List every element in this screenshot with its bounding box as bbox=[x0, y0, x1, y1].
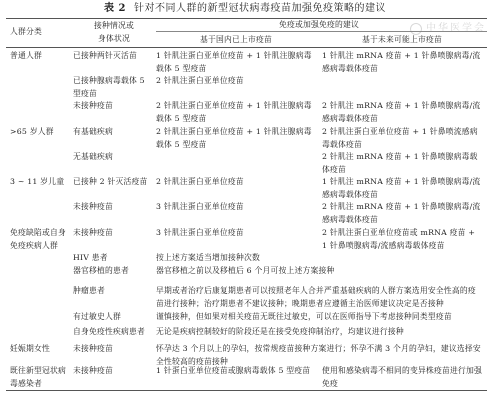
table-caption: 表 2针对不同人群的新型冠状病毒疫苗加强免疫策略的建议 bbox=[0, 3, 490, 15]
table-row-domestic: 3 针肌注蛋白亚单位疫苗 bbox=[156, 201, 314, 214]
table-row-status: 未接种疫苗 bbox=[73, 227, 155, 240]
table-row-future: 1 针肌注 mRNA 疫苗 + 1 针鼻喷腺病毒/流感病毒载体疫苗 bbox=[322, 50, 482, 75]
table-row-domestic: 1 针肌注蛋白亚单位疫苗 + 1 针肌注腺病毒载体 5 型疫苗 bbox=[156, 50, 314, 75]
header-future: 基于未来可能上市疫苗 bbox=[322, 34, 482, 47]
table-row-status: 器官移植的患者 bbox=[73, 265, 155, 278]
table-row-domestic: 1 针蛋白亚单位疫苗或腺病毒载体 5 型疫苗 bbox=[156, 365, 314, 378]
table-row-status: 已接种两针灭活苗 bbox=[73, 50, 155, 63]
table-row-future: 1 针肌注 mRNA 疫苗 + 1 针鼻喷腺病毒/流感病毒载体疫苗 bbox=[322, 176, 482, 201]
table-number: 表 2 bbox=[104, 3, 126, 14]
table-row-future: 2 针肌注 mRNA 疫苗 + 1 针鼻喷腺病毒/流感病毒载体疫苗 bbox=[322, 100, 482, 125]
table-row-group: 3 ~ 11 岁儿童 bbox=[10, 176, 72, 189]
table-row-group: 免疫缺陷或自身免疫疾病人群 bbox=[10, 227, 72, 252]
table-title: 针对不同人群的新型冠状病毒疫苗加强免疫策略的建议 bbox=[134, 3, 386, 14]
table-row-group: 普通人群 bbox=[10, 50, 72, 63]
table-row-domestic: 2 针肌注蛋白亚单位疫苗 bbox=[156, 176, 314, 189]
table-row-future: 使用和感染病毒不相同的变异株疫苗进行加强免疫 bbox=[322, 365, 482, 390]
table-row-merged: 早期或者治疗后康复期患者可以按照老年人合并严重基础疾病的人群方案选用安全性高的疫… bbox=[156, 285, 482, 310]
header-domestic: 基于国内已上市疫苗 bbox=[156, 34, 316, 47]
table-row-future: 2 针肌注 mRNA 疫苗 + 1 针鼻喷腺病毒/流感病毒载体疫苗 bbox=[322, 201, 482, 226]
table-row-merged: 无论是疾病控制较好的阶段还是在接受免疫抑制治疗，均建议进行接种 bbox=[156, 326, 482, 339]
table-row-status: 已接种 2 针灭活疫苗 bbox=[73, 176, 155, 189]
table-row-status: 已接种腺病毒载体 5 型疫苗 bbox=[73, 75, 155, 100]
table-row-status: 未接种疫苗 bbox=[73, 100, 155, 113]
table-row-merged: 器官移植之前以及移植后 6 个月可按上述方案接种 bbox=[156, 265, 482, 278]
table-row-status: 未接种疫苗 bbox=[73, 343, 155, 356]
header-group: 人群分类 bbox=[10, 26, 72, 39]
table-row-domestic: 2 针肌注蛋白亚单位疫苗 bbox=[156, 75, 314, 88]
table-row-status: 肿瘤患者 bbox=[73, 285, 155, 298]
table-row-status: 有基础疾病 bbox=[73, 126, 155, 139]
table-row-status: 未接种疫苗 bbox=[73, 365, 155, 378]
table-row-group: 妊娠期女性 bbox=[10, 343, 72, 356]
table-row-future: 2 针肌注蛋白亚单位疫苗或 mRNA 疫苗 + 1 针鼻喷腺病毒/流感病毒载体疫… bbox=[322, 227, 482, 252]
table-row-group: >65 岁人群 bbox=[10, 126, 72, 139]
table-row-domestic: 2 针肌注蛋白亚单位疫苗 + 1 针肌注腺病毒载体 5 型疫苗 bbox=[156, 126, 314, 151]
table-row-domestic: 2 针肌注蛋白亚单位疫苗 + 1 针肌注腺病毒载体 5 型疫苗 bbox=[156, 100, 314, 125]
table-row-future: 2 针肌注 mRNA 疫苗 + 1 针鼻喷腺病毒载体疫苗 bbox=[322, 151, 482, 176]
header-bottom-rule bbox=[6, 47, 487, 48]
table-row-future: 2 针肌注蛋白亚单位疫苗 + 1 针鼻喷流感病毒载体疫苗 bbox=[322, 126, 482, 151]
table-row-merged: 谨慎接种，但如果对相关疫苗无既往过敏史，可以在医师指导下考虑接种同类型疫苗 bbox=[156, 311, 482, 324]
bottom-rule bbox=[6, 390, 487, 391]
table-row-group: 既往新型冠状病毒感染者 bbox=[10, 365, 72, 390]
table-row-status: 自身免疫性疾病患者 bbox=[73, 326, 155, 339]
table-row-status: 无基础疾病 bbox=[73, 151, 155, 164]
table-row-status: 有过敏史人群 bbox=[73, 311, 155, 324]
header-status: 接种情况或身体状况 bbox=[73, 20, 155, 45]
table-row-merged: 按上述方案适当增加接种次数 bbox=[156, 252, 482, 265]
table-row-domestic: 3 针肌注蛋白亚单位疫苗 bbox=[156, 227, 314, 240]
table-row-status: HIV 患者 bbox=[73, 252, 155, 265]
header-recommend: 免疫或加强免疫的建议 bbox=[156, 19, 482, 32]
table-row-status: 未接种疫苗 bbox=[73, 201, 155, 214]
